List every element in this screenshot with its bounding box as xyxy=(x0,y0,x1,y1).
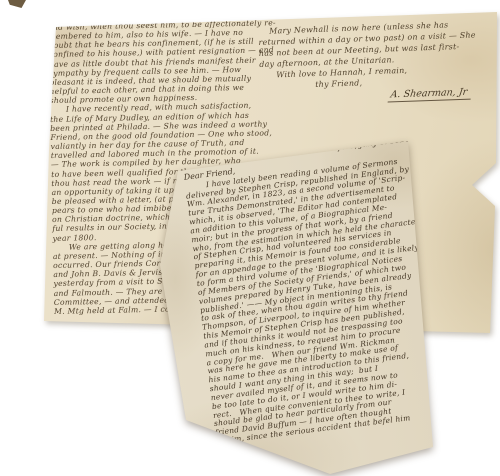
handwriting-line: thy Friend, xyxy=(260,73,500,92)
handwriting-line: pears to one who had imbibed the views xyxy=(52,202,264,216)
letter1-signature: A. Shearman, Jr xyxy=(388,87,472,103)
handwriting-line: a copy for me. When our friend Wm. Rickm… xyxy=(206,331,436,368)
handwriting-line: travelled and labored much in the promot… xyxy=(51,147,263,161)
handwriting-line: be pleased with a letter, (at page 288,)… xyxy=(52,192,264,206)
handwriting-line: Friend, on the good old foundation — One… xyxy=(50,128,262,142)
handwriting-line: the Life of Mary Dudley, an edition of w… xyxy=(50,110,262,124)
handwriting-line: and John B. Davis & Jervis H. xyxy=(53,266,265,280)
handwriting-line: have as little doubt that his friends ma… xyxy=(49,55,261,69)
handwriting-line: should promote our own happiness. xyxy=(50,92,262,106)
handwriting-line: M. Mtg held at Falm. — I conclud xyxy=(54,302,266,316)
handwriting-line: rect. When quite convenient to thee to w… xyxy=(213,384,443,421)
handwriting-line: preparing it, this Memoir is found too c… xyxy=(194,234,424,271)
handwriting-line: of Stephen Crisp, had volunteered his se… xyxy=(193,226,423,263)
letter1-wrapper: and wish, when thou seest him, to be aff… xyxy=(0,0,500,476)
handwriting-line: to form a third volume of the 'Biographi… xyxy=(196,252,426,289)
handwriting-line: to have been well qualified for the work… xyxy=(51,165,263,179)
handwriting-line: Committee, — and attended Pembroke xyxy=(54,293,266,307)
handwriting-line: year 1800. xyxy=(52,229,264,243)
handwriting-line: yesterday from a visit to Sandwich xyxy=(53,275,265,289)
handwriting-line: occurred. Our friends Cornelius & xyxy=(53,257,265,271)
letter1-signature-row: A. Shearman, Jr xyxy=(260,86,500,107)
handwriting-line: who, from the estimation in which he hel… xyxy=(192,217,422,254)
handwriting-line: his name to thee as an introduction to t… xyxy=(208,348,438,385)
letter1-left-column: and wish, when thou seest him, to be aff… xyxy=(48,19,266,316)
handwriting-line: for an appendage to the present volume, … xyxy=(195,243,425,280)
handwriting-line: and if thou thinks it would not be tresp… xyxy=(204,313,434,350)
handwriting-line: never availed myself of it, and it seems… xyxy=(210,366,440,403)
handwriting-line: should be glad to hear particularly from… xyxy=(214,392,444,429)
handwriting-line: friend David Buffum — I have often thoug… xyxy=(215,401,445,438)
handwriting-line: sympathy by frequent calls to see him. —… xyxy=(49,64,261,78)
letter2-paper: New Bedford, Jany 8. 1826 Dear Friend, I… xyxy=(0,0,500,476)
handwriting-line: pleasant it is indeed, that we should be… xyxy=(49,73,261,87)
handwriting-line: and wish, when thou seest him, to be aff… xyxy=(48,19,260,33)
handwriting-line: Thompson, of Liverpool, to inquire of hi… xyxy=(202,296,432,333)
handwriting-line: thou hast read the work — if not, when xyxy=(51,174,263,188)
letter1-paper: and wish, when thou seest him, to be aff… xyxy=(0,0,500,476)
handwriting-line: doubt that he bears his confinement, (if… xyxy=(48,37,260,51)
letter2-salutation: Dear Friend, xyxy=(183,146,413,183)
letter2-body: I have lately been reading a volume of S… xyxy=(185,155,447,446)
handwriting-line: of him, since the serious accident that … xyxy=(216,410,446,447)
handwriting-line: ture Truths Demonstrated,' in the advert… xyxy=(188,182,418,219)
handwriting-line: should I want any thing in this way; but… xyxy=(209,357,439,394)
handwriting-line: on Christian doctrine, which have had xyxy=(52,211,264,225)
handwriting-line: — The work is compiled by her daughter, … xyxy=(51,156,263,170)
handwriting-line: be too late to do it, or I would write t… xyxy=(211,375,441,412)
handwriting-line: published.' —— My object in mentioning t… xyxy=(200,278,430,315)
letter1-right-column: Mary Newhall is now here (unless she has… xyxy=(258,18,500,107)
handwriting-line: has not been at our Meeting, but was las… xyxy=(259,40,500,59)
letter2-dateline: New Bedford, Jany 8. 1826 xyxy=(182,135,412,172)
handwriting-line: an addition to this volume, of a Biograp… xyxy=(190,199,420,236)
handwriting-line: returned within a day or two past) on a … xyxy=(258,29,500,48)
photograph-of-letters: and wish, when thou seest him, to be aff… xyxy=(0,0,500,476)
handwriting-line: this Memoir of Stephen Crisp has been pu… xyxy=(203,305,433,342)
handwriting-line: helpful to each other, and that in doing… xyxy=(49,83,261,97)
handwriting-line: which, it is observed, 'The Editor had c… xyxy=(189,190,419,227)
handwriting-line: at present. — Nothing of importance xyxy=(53,247,265,261)
handwriting-line: With love to Hannah, I remain, xyxy=(260,62,500,81)
handwriting-line: valiantly in her day for the cause of Tr… xyxy=(50,138,262,152)
handwriting-line: much on his kindness, to request him to … xyxy=(205,322,435,359)
handwriting-line: day afternoon, at the Unitarian. xyxy=(259,51,500,70)
handwriting-line: I have lately been reading a volume of S… xyxy=(185,155,415,192)
handwriting-line: Wm. Alexander, in 1823, as a second volu… xyxy=(187,173,417,210)
handwriting-line: and Falmouth. — They are of the xyxy=(54,284,266,298)
handwriting-line: moir; but in the progress of that work, … xyxy=(191,208,421,245)
handwriting-line: Mary Newhall is now here (unless she has xyxy=(258,18,500,37)
handwriting-line: membered to him, also to his wife. — I h… xyxy=(48,28,260,42)
handwriting-line: been printed at Philada. — She was indee… xyxy=(50,119,262,133)
letter1-right-lines: Mary Newhall is now here (unless she has… xyxy=(258,18,500,92)
handwriting-line: of Members of the Society of Friends,' o… xyxy=(197,261,427,298)
handwriting-line: ful results in our Society, in the xyxy=(52,220,264,234)
letter2-wrapper: New Bedford, Jany 8. 1826 Dear Friend, I… xyxy=(0,0,500,476)
handwriting-line: volumes prepared by Henry Tuke, have bee… xyxy=(199,269,429,306)
handwriting-line: We are getting along here xyxy=(53,238,265,252)
handwriting-line: to ask of thee, when thou again writes t… xyxy=(201,287,431,324)
handwriting-line: delivered by Stephen Crisp, republished … xyxy=(186,164,416,201)
handwriting-line: confined to his house,) with patient res… xyxy=(49,46,261,60)
letter2-text-block: New Bedford, Jany 8. 1826 Dear Friend, I… xyxy=(182,135,446,447)
handwriting-line: I have recently read, with much satisfac… xyxy=(50,101,262,115)
handwriting-line: was here he gave me the liberty to make … xyxy=(207,340,437,377)
torn-paper-fragment xyxy=(8,0,26,8)
handwriting-line: an opportunity of taking it up, thou wil… xyxy=(51,183,263,197)
